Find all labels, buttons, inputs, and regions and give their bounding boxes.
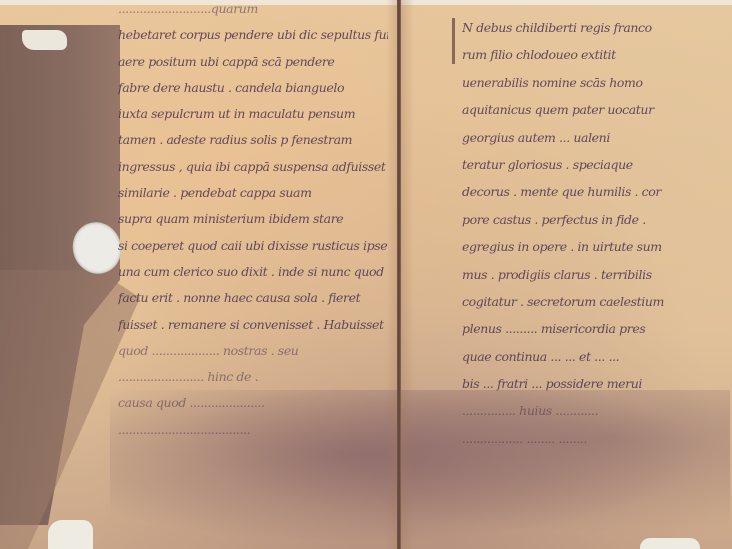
text-line: N debus childiberti regis franco: [462, 14, 712, 41]
text-line: causa quod .....................: [118, 390, 388, 416]
text-line: factu erit . nonne haec causa sola . fie…: [118, 285, 388, 311]
text-line: quod ................... nostras . seu: [118, 338, 388, 364]
text-line: si coeperet quod caii ubi dixisse rustic…: [118, 233, 388, 259]
text-line: ..........................quarum: [118, 0, 388, 22]
text-line: pore castus . perfectus in fide .: [462, 206, 712, 233]
text-line: egregius in opere . in uirtute sum: [462, 233, 712, 260]
text-line: ............... huius ............: [462, 397, 712, 424]
text-line: georgius autem ... ualeni: [462, 124, 712, 151]
tear-bottom-left: [48, 520, 93, 549]
text-line: ................. ........ ........: [462, 425, 712, 452]
tear-bottom-right: [640, 538, 700, 549]
text-line: cogitatur . secretorum caelestium: [462, 288, 712, 315]
text-line: una cum clerico suo dixit . inde si nunc…: [118, 259, 388, 285]
text-line: plenus ......... misericordia pres: [462, 315, 712, 342]
text-line: mus . prodigiis clarus . terribilis: [462, 261, 712, 288]
text-line: ........................ hinc de .: [118, 364, 388, 390]
text-line: aquitanicus quem pater uocatur: [462, 96, 712, 123]
text-line: similarie . pendebat cappa suam: [118, 180, 388, 206]
binding-gutter: [397, 0, 401, 549]
text-line: uenerabilis nomine scās homo: [462, 69, 712, 96]
text-line: rum filio chlodoueo extitit: [462, 41, 712, 68]
text-line: tamen . adeste radius solis p fenestram: [118, 127, 388, 153]
text-line: fabre dere haustu . candela bianguelo: [118, 75, 388, 101]
tear-top-left: [22, 30, 67, 50]
left-page-text: ..........................quarum hebetar…: [118, 0, 388, 443]
text-line: supra quam ministerium ibidem stare: [118, 206, 388, 232]
right-page-text: N debus childiberti regis franco rum fil…: [462, 14, 712, 452]
text-line: ingressus , quia ibi cappā suspensa adfu…: [118, 154, 388, 180]
text-line: hebetaret corpus pendere ubi dic sepultu…: [118, 22, 388, 48]
text-line: aere positum ubi cappā scā pendere: [118, 49, 388, 75]
text-line: teratur gloriosus . speciaque: [462, 151, 712, 178]
decorated-initial: [452, 18, 455, 64]
text-line: decorus . mente que humilis . cor: [462, 178, 712, 205]
text-line: fuisset . remanere si convenisset . Habu…: [118, 312, 388, 338]
text-line: bis ... fratri ... possidere merui: [462, 370, 712, 397]
text-line: quae continua ... ... et ... ...: [462, 343, 712, 370]
text-line: .....................................: [118, 417, 388, 443]
text-line: iuxta sepulcrum ut in maculatu pensum: [118, 101, 388, 127]
